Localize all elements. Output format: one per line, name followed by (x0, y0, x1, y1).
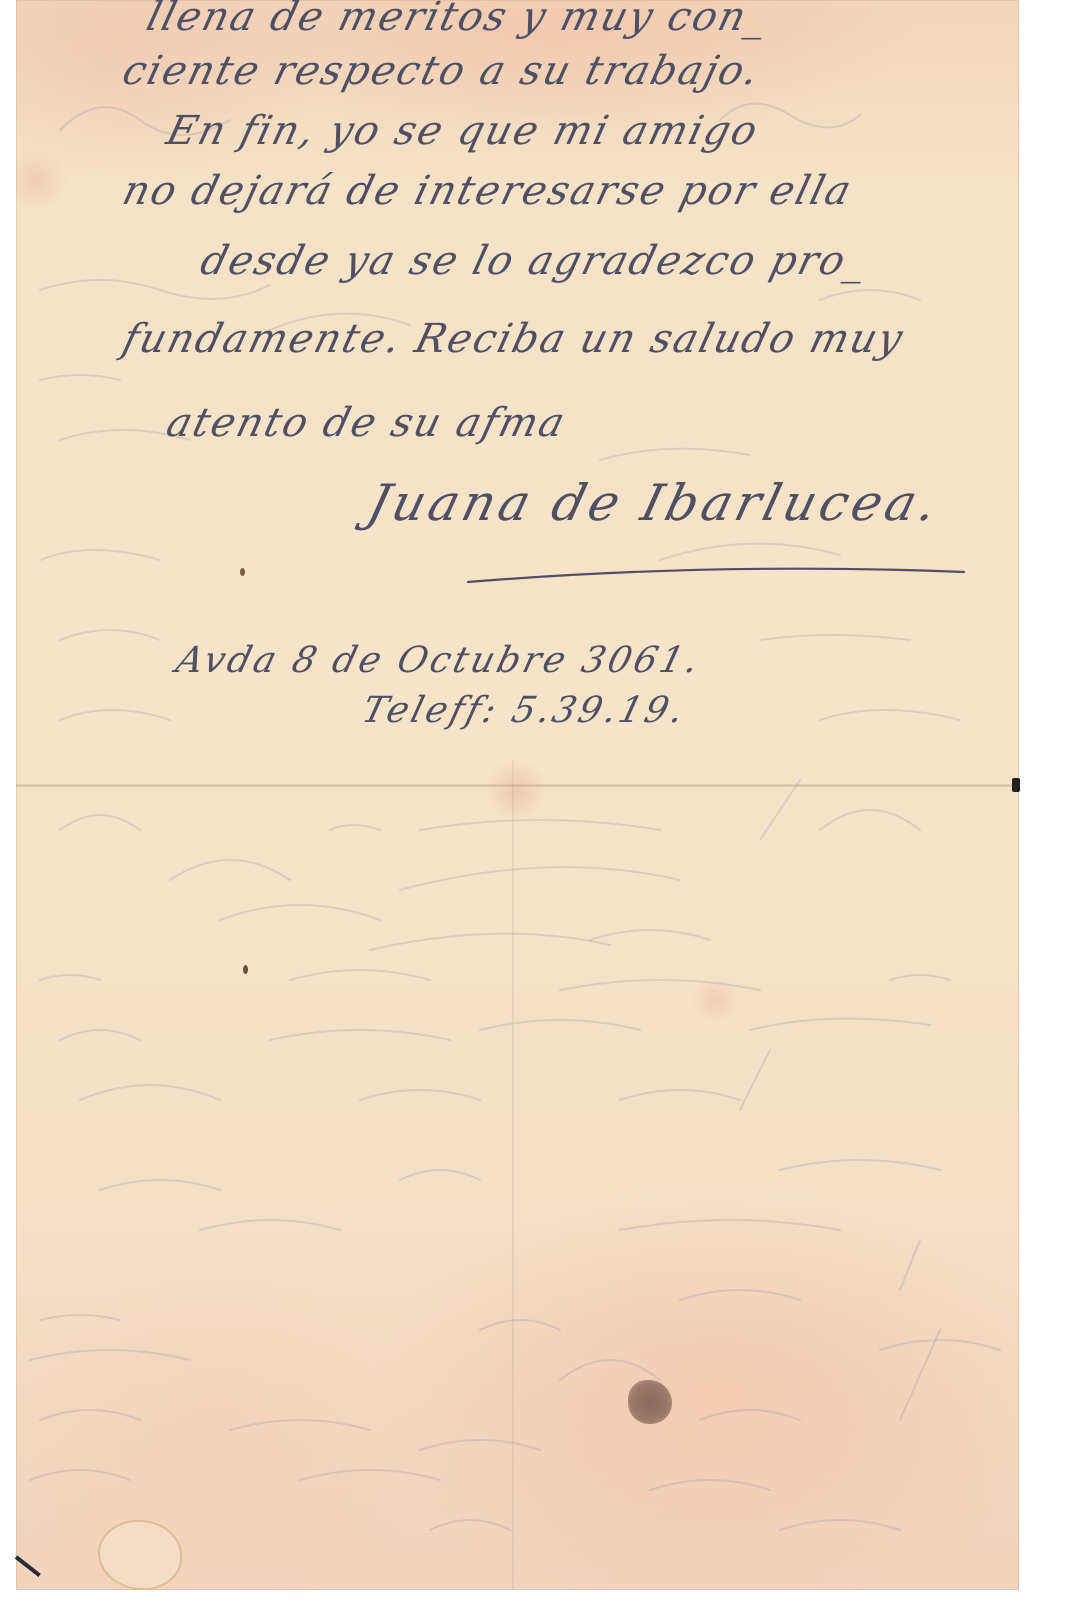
letter-line-1: llena de meritos y muy con_ (142, 0, 775, 40)
letter-line-6: fundamente. Reciba un saludo muy (118, 316, 909, 362)
letter-line-7: atento de su afma (162, 400, 571, 446)
signature-underline (466, 566, 966, 586)
sender-phone: Teleff: 5.39.19. (358, 690, 691, 731)
letter-line-3: En fin, yo se que mi amigo (162, 108, 764, 154)
letter-line-2: ciente respecto a su trabajo. (118, 48, 765, 94)
handwritten-content: llena de meritos y muy con_ ciente respe… (0, 0, 1068, 1600)
letter-line-5: desde ya se lo agradezco pro_ (196, 238, 874, 284)
letter-line-4: no dejará de interesarse por ella (118, 168, 857, 214)
signature: Juana de Ibarlucea. (362, 474, 947, 532)
sender-address: Avda 8 de Octubre 3061. (172, 640, 706, 681)
